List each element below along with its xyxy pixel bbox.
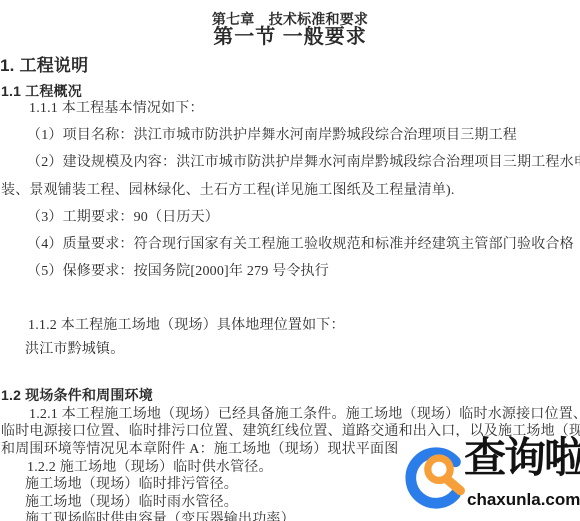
magnifier-logo-icon — [404, 443, 472, 511]
heading-site-conditions: 1.2 现场条件和周围环境 — [1, 387, 153, 403]
watermark-domain-text: chaxunla.com — [467, 490, 580, 509]
list-item-warranty: （5）保修要求：按国务院[2000]年 279 号令执行 — [27, 264, 329, 280]
paragraph-112-location: 洪江市黔城镇。 — [25, 342, 124, 358]
chaxunla-watermark: 查询啦 chaxunla.com — [398, 437, 580, 521]
paragraph-121-line3: 和周围环境等情况见本章附件 A：施工场地（现场）现状平面图。 — [1, 442, 413, 458]
list-item-scope-line1: （2）建设规模及内容：洪江市城市防洪护岸舞水河南岸黔城段综合治理项目三期工程水电… — [27, 155, 580, 171]
section-title: 第一节 一般要求 — [0, 29, 580, 45]
paragraph-112-intro: 1.1.2 本工程施工场地（现场）具体地理位置如下： — [28, 318, 345, 334]
heading-project-description: 1. 工程说明 — [0, 58, 88, 74]
watermark-brand-text: 查询啦 — [464, 431, 580, 487]
logo-magnifier-handle — [447, 479, 461, 491]
document-page: 第七章 技术标准和要求 第一节 一般要求 1. 工程说明 1.1 工程概况 1.… — [0, 0, 580, 521]
list-item-scope-line2: 装、景观铺装工程、园林绿化、土石方工程(详见施工图纸及工程量清单). — [1, 183, 455, 199]
heading-project-overview: 1.1 工程概况 — [1, 83, 82, 99]
list-item-duration: （3）工期要求：90（日历天） — [27, 210, 219, 226]
paragraph-122-water-supply: 1.2.2 施工场地（现场）临时供水管径。 — [27, 460, 273, 476]
paragraph-111-intro: 1.1.1 本工程基本情况如下： — [29, 101, 204, 117]
paragraph-122-sewage: 施工场地（现场）临时排污管径。 — [25, 477, 238, 493]
paragraph-122-rainwater: 施工场地（现场）临时雨水管径。 — [25, 495, 238, 511]
list-item-project-name: （1）项目名称：洪江市城市防洪护岸舞水河南岸黔城段综合治理项目三期工程 — [27, 128, 517, 144]
chapter-title: 第七章 技术标准和要求 — [0, 11, 580, 27]
paragraph-121-line1: 1.2.1 本工程施工场地（现场）已经具备施工条件。施工场地（现场）临时水源接口… — [29, 407, 580, 423]
list-item-quality: （4）质量要求：符合现行国家有关工程施工验收规范和标准并经建筑主管部门验收合格 — [27, 237, 574, 253]
paragraph-122-power-capacity: 施工现场临时供电容量（变压器输出功率） — [25, 512, 295, 521]
